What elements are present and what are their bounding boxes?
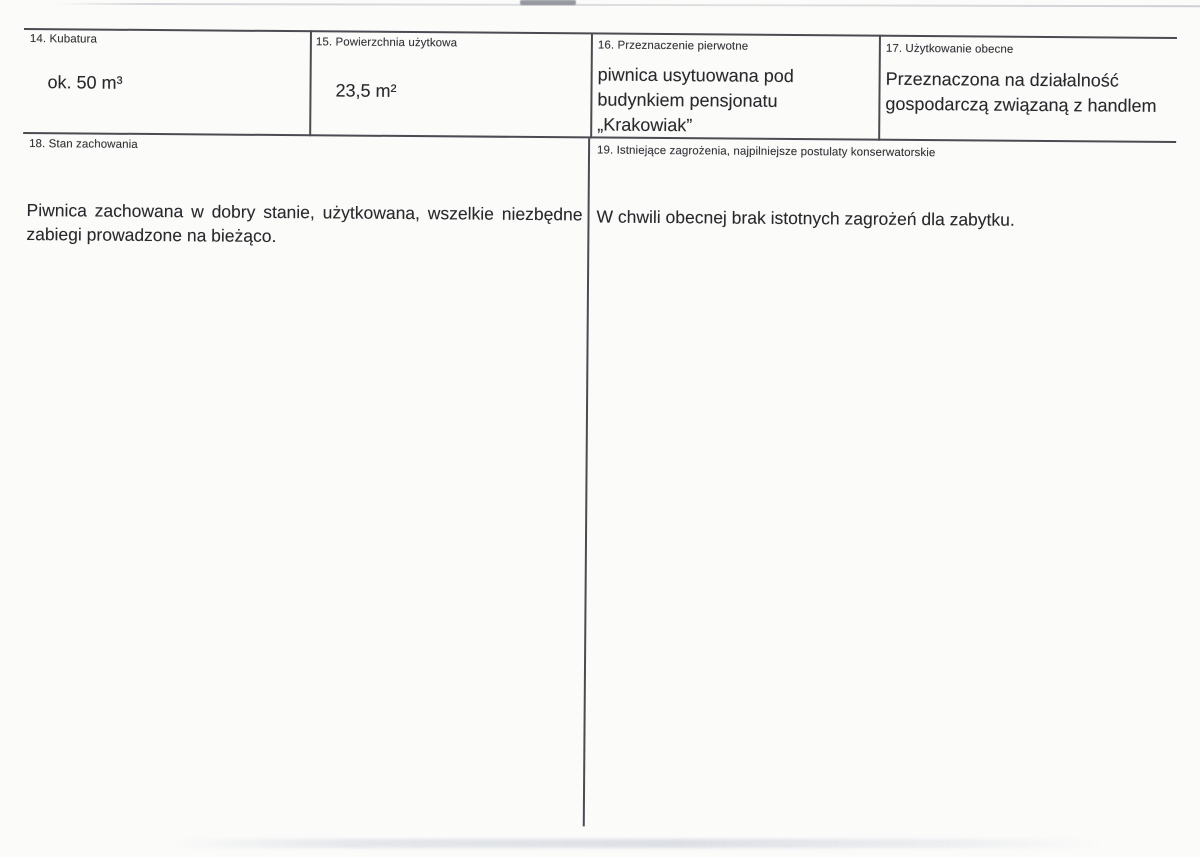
table-col-divider-15-16 [590, 32, 593, 138]
scan-edge-mark-top [520, 0, 576, 5]
field-16-value: piwnica usytuowana pod budynkiem pensjon… [597, 63, 875, 140]
table-col-divider-14-15 [309, 30, 312, 136]
field-19-value: W chwili obecnej brak istotnych zagrożeń… [596, 205, 1191, 234]
table-col-divider-16-17 [878, 35, 881, 141]
scan-edge-shadow-bottom [170, 839, 1100, 848]
field-19-label: 19. Istniejące zagrożenia, najpilniejsze… [597, 145, 935, 160]
field-17-value: Przeznaczona na działalność gospodarczą … [885, 67, 1175, 119]
field-16-label: 16. Przeznaczenie pierwotne [598, 40, 748, 53]
field-14-value: ok. 50 m³ [47, 70, 122, 96]
field-18-label: 18. Stan zachowania [29, 138, 138, 151]
form-table: 14. Kubatura ok. 50 m³ 15. Powierzchnia … [18, 28, 1180, 837]
table-border-top [24, 28, 1177, 39]
scanned-form-page: 14. Kubatura ok. 50 m³ 15. Powierzchnia … [0, 0, 1200, 857]
table-col-divider-18-19 [583, 138, 590, 826]
field-14-label: 14. Kubatura [30, 33, 97, 46]
scan-edge-line-top [55, 3, 1200, 7]
field-17-label: 17. Użytkowanie obecne [886, 43, 1014, 56]
field-15-value: 23,5 m² [335, 78, 396, 103]
field-15-label: 15. Powierzchnia użytkowa [316, 36, 457, 49]
field-18-value: Piwnica zachowana w dobry stanie, użytko… [26, 198, 582, 250]
